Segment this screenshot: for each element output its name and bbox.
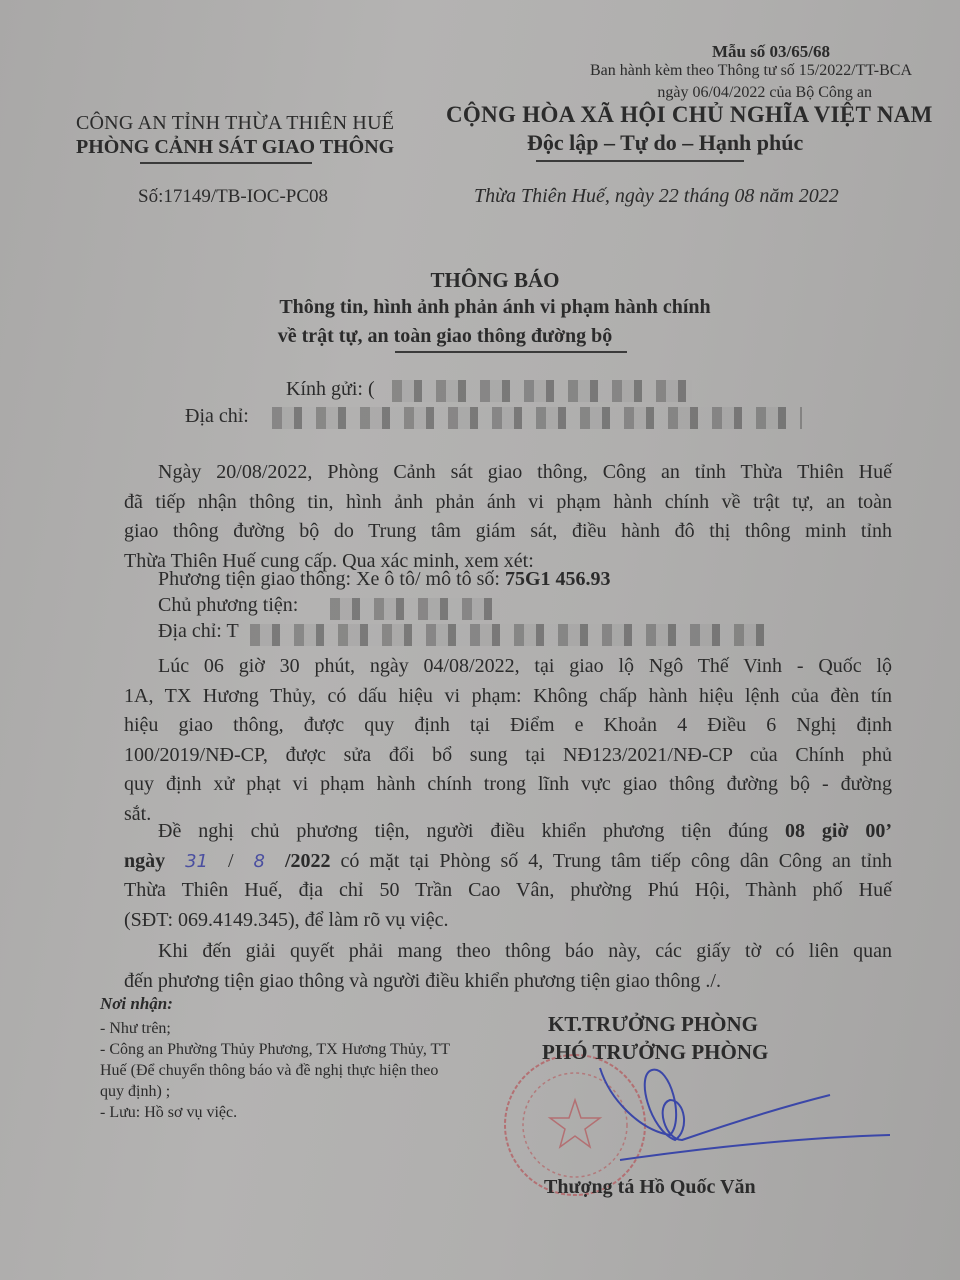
handwritten-day: 31 xyxy=(185,851,208,872)
place-date: Thừa Thiên Huế, ngày 22 tháng 08 năm 202… xyxy=(474,185,839,208)
intro-paragraph: Ngày 20/08/2022, Phòng Cảnh sát giao thô… xyxy=(124,458,892,576)
recipient-item: - Như trên; xyxy=(100,1018,460,1039)
recipients-list: - Như trên; - Công an Phường Thủy Phương… xyxy=(100,1018,460,1123)
document-subtitle-line2: về trật tự, an toàn giao thông đường bộ xyxy=(0,325,890,348)
violation-line: 100/2019/NĐ-CP, được sửa đổi bổ sung tại… xyxy=(124,741,892,771)
republic-heading: CỘNG HÒA XÃ HỘI CHỦ NGHĨA VIỆT NAM xyxy=(446,102,933,128)
owner-address-label: Địa chỉ: T xyxy=(158,620,239,643)
handwritten-signature-icon xyxy=(590,1060,890,1170)
request-line: Đề nghị chủ phương tiện, người điều khiể… xyxy=(124,817,892,847)
motto-underline xyxy=(536,160,744,162)
intro-line: giao thông đường bộ do Trung tâm giám sá… xyxy=(124,517,892,547)
request-line: ngày 31 / 8 /2022 có mặt tại Phòng số 4,… xyxy=(124,847,892,877)
closing-paragraph: Khi đến giải quyết phải mang theo thông … xyxy=(124,937,892,996)
vehicle-plate: 75G1 456.93 xyxy=(505,568,611,590)
owner-label: Chủ phương tiện: xyxy=(158,594,298,617)
handwritten-month: 8 xyxy=(254,851,265,872)
appointment-time: 08 giờ 00’ xyxy=(785,820,892,842)
recipient-item: - Lưu: Hồ sơ vụ việc. xyxy=(100,1102,460,1123)
document-number: Số:17149/TB-IOC-PC08 xyxy=(138,186,328,208)
request-line: (SĐT: 069.4149.345), để làm rõ vụ việc. xyxy=(124,906,892,936)
signature-title-line1: KT.TRƯỞNG PHÒNG xyxy=(548,1012,758,1037)
intro-line: đã tiếp nhận thông tin, hình ảnh phản án… xyxy=(124,488,892,518)
addressee-address-label: Địa chỉ: xyxy=(185,405,249,428)
violation-line: Lúc 06 giờ 30 phút, ngày 04/08/2022, tại… xyxy=(124,652,892,682)
request-line: Thừa Thiên Huế, địa chỉ 50 Trần Cao Vân,… xyxy=(124,876,892,906)
violation-line: 1A, TX Hương Thủy, có dấu hiệu vi phạm: … xyxy=(124,682,892,712)
redacted-owner-name xyxy=(330,598,500,620)
document-subtitle-line1: Thông tin, hình ảnh phản ánh vi phạm hàn… xyxy=(0,296,960,319)
issuer-department: PHÒNG CẢNH SÁT GIAO THÔNG xyxy=(76,136,394,159)
redacted-addressee-address xyxy=(272,407,802,429)
subtitle-underline xyxy=(395,351,627,353)
violation-paragraph: Lúc 06 giờ 30 phút, ngày 04/08/2022, tại… xyxy=(124,652,892,829)
violation-line: hiệu giao thông, được quy định tại Điểm … xyxy=(124,711,892,741)
redacted-addressee-name xyxy=(392,380,692,402)
closing-line: Khi đến giải quyết phải mang theo thông … xyxy=(124,937,892,967)
document-title: THÔNG BÁO xyxy=(0,268,960,293)
intro-line: Ngày 20/08/2022, Phòng Cảnh sát giao thô… xyxy=(124,458,892,488)
violation-line: quy định xử phạt vi phạm hành chính tron… xyxy=(124,770,892,800)
recipients-title: Nơi nhận: xyxy=(100,994,173,1014)
request-paragraph: Đề nghị chủ phương tiện, người điều khiể… xyxy=(124,817,892,935)
redacted-owner-address xyxy=(250,624,770,646)
issuer-agency: CÔNG AN TỈNH THỪA THIÊN HUẾ xyxy=(76,112,394,135)
form-issued-date: ngày 06/04/2022 của Bộ Công an xyxy=(0,84,872,102)
vehicle-label: Phương tiện giao thông: Xe ô tô/ mô tô s… xyxy=(158,568,505,590)
vehicle-line: Phương tiện giao thông: Xe ô tô/ mô tô s… xyxy=(158,568,611,591)
appointment-year: /2022 xyxy=(285,850,331,872)
department-underline xyxy=(140,162,312,164)
recipient-item: - Công an Phường Thủy Phương, TX Hương T… xyxy=(100,1039,460,1102)
closing-line: đến phương tiện giao thông và người điều… xyxy=(124,967,892,997)
addressee-label: Kính gửi: ( xyxy=(286,378,375,401)
signer-name: Thượng tá Hồ Quốc Văn xyxy=(544,1176,756,1199)
form-issued-with: Ban hành kèm theo Thông tư số 15/2022/TT… xyxy=(0,62,912,80)
national-motto: Độc lập – Tự do – Hạnh phúc xyxy=(527,130,803,156)
form-code: Mẫu số 03/65/68 xyxy=(0,42,830,62)
